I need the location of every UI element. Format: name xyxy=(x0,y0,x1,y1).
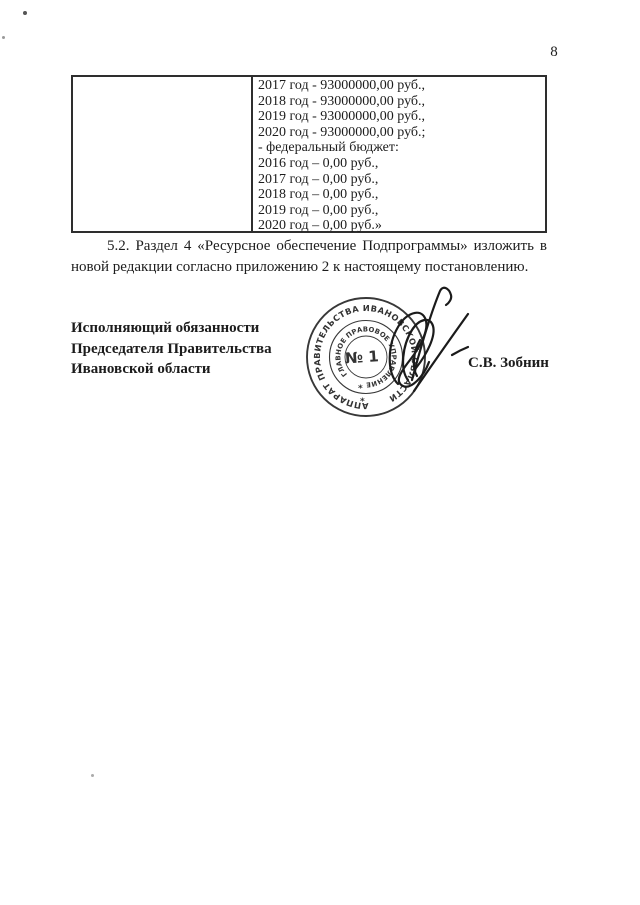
table-cell-budget-lines: 2017 год - 93000000,00 руб.,2018 год - 9… xyxy=(253,77,545,231)
scan-artifact-dot xyxy=(91,774,94,777)
budget-line: 2016 год – 0,00 руб., xyxy=(258,156,541,172)
paragraph-line: 5.2. Раздел 4 «Ресурсное обеспечение Под… xyxy=(71,236,547,257)
budget-table: 2017 год - 93000000,00 руб.,2018 год - 9… xyxy=(71,75,547,233)
document-page: 8 2017 год - 93000000,00 руб.,2018 год -… xyxy=(0,0,640,905)
budget-line: 2017 год – 0,00 руб., xyxy=(258,172,541,188)
stamp-number: № 1 xyxy=(344,347,379,367)
budget-line: 2018 год - 93000000,00 руб., xyxy=(258,94,541,110)
official-title-line: Ивановской области xyxy=(71,359,311,380)
official-title-line: Председателя Правительства xyxy=(71,339,311,360)
stamp-star-icon: * xyxy=(360,397,365,407)
page-number: 8 xyxy=(544,44,564,61)
approval-stamp: АППАРАТ ПРАВИТЕЛЬСТВА ИВАНОВСКОЙ ОБЛАСТИ… xyxy=(280,268,520,432)
budget-line: 2020 год – 0,00 руб.» xyxy=(258,218,541,234)
budget-line: 2020 год - 93000000,00 руб.; xyxy=(258,125,541,141)
official-title-line: Исполняющий обязанности xyxy=(71,318,311,339)
handwritten-signature xyxy=(390,288,468,391)
budget-line: 2018 год – 0,00 руб., xyxy=(258,187,541,203)
scan-artifact-dot xyxy=(2,36,5,39)
budget-line: 2019 год - 93000000,00 руб., xyxy=(258,109,541,125)
table-cell-left-empty xyxy=(73,77,253,231)
official-title-block: Исполняющий обязанностиПредседателя Прав… xyxy=(71,318,311,380)
stamp-star-icon: * xyxy=(358,384,363,394)
budget-line: - федеральный бюджет: xyxy=(258,140,541,156)
budget-line: 2019 год – 0,00 руб., xyxy=(258,203,541,219)
scan-artifact-dot xyxy=(23,11,27,15)
budget-line: 2017 год - 93000000,00 руб., xyxy=(258,78,541,94)
